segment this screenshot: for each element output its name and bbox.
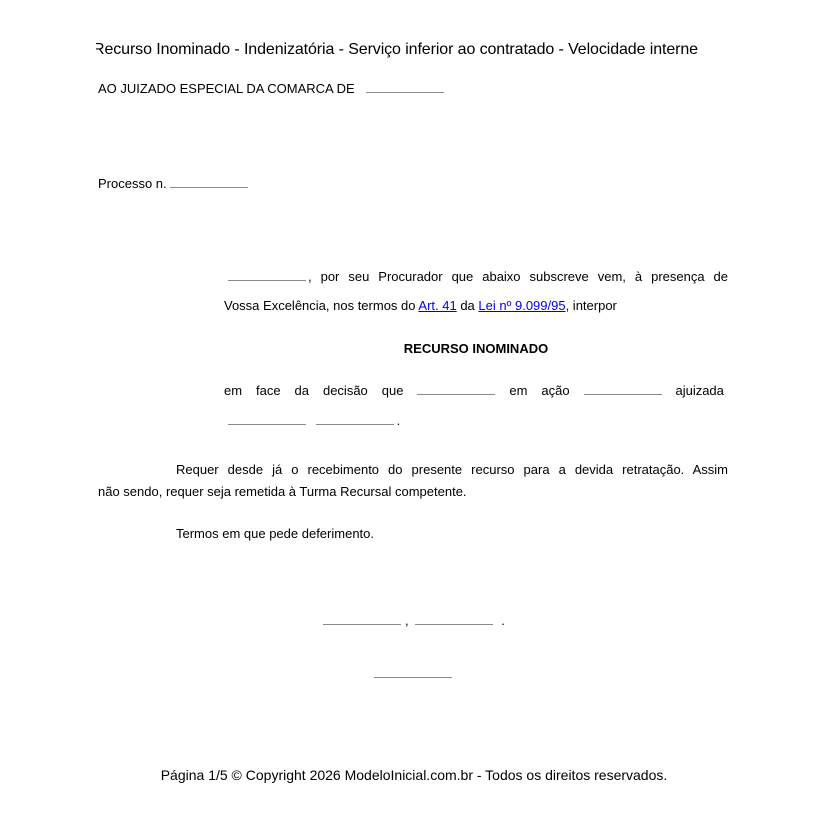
paragraph-1-prefix: Vossa Excelência, nos termos do bbox=[224, 298, 416, 313]
footer-text: Página 1/5 © Copyright 2026 ModeloInicia… bbox=[161, 767, 668, 783]
decision-blank bbox=[417, 382, 495, 395]
addressee-line: AO JUIZADO ESPECIAL DA COMARCA DE bbox=[98, 80, 444, 98]
paragraph-2-line-2: . bbox=[228, 412, 400, 430]
word: da bbox=[295, 382, 309, 400]
word: decisão bbox=[323, 382, 368, 400]
period: . bbox=[501, 613, 505, 628]
section-heading: RECURSO INOMINADO bbox=[0, 340, 828, 358]
paragraph-1-suffix: , interpor bbox=[566, 298, 617, 313]
addressee-text: AO JUIZADO ESPECIAL DA COMARCA DE bbox=[98, 81, 355, 96]
paragraph-3-line-1: Requer desde já o recebimento do present… bbox=[176, 461, 728, 479]
paragraph-1-text: , por seu Procurador que abaixo subscrev… bbox=[306, 268, 728, 286]
word: ação bbox=[541, 382, 569, 400]
date-blank bbox=[415, 612, 493, 625]
paragraph-1-line-2: Vossa Excelência, nos termos do Art. 41 … bbox=[224, 297, 617, 315]
art-41-link[interactable]: Art. 41 bbox=[418, 298, 456, 313]
word: face bbox=[256, 382, 281, 400]
party-blank bbox=[228, 268, 306, 281]
word: ajuizada bbox=[675, 382, 723, 400]
period: . bbox=[397, 413, 401, 428]
word: em bbox=[224, 382, 242, 400]
word: que bbox=[382, 382, 404, 400]
paragraph-3-text: Requer desde já o recebimento do present… bbox=[176, 462, 728, 477]
process-label: Processo n. bbox=[98, 176, 167, 191]
signature-blank bbox=[374, 665, 452, 678]
party-blank-wrap bbox=[228, 268, 306, 286]
word: em bbox=[509, 382, 527, 400]
process-number-line: Processo n. bbox=[98, 175, 248, 193]
lei-9099-link[interactable]: Lei nº 9.099/95 bbox=[478, 298, 565, 313]
filed-by-blank bbox=[228, 412, 306, 425]
action-blank bbox=[584, 382, 662, 395]
paragraph-4: Termos em que pede deferimento. bbox=[176, 525, 374, 543]
comarca-blank bbox=[366, 80, 444, 93]
filed-date-blank bbox=[316, 412, 394, 425]
document-title-text: Recurso Inominado - Indenizatória - Serv… bbox=[96, 38, 698, 62]
paragraph-1-line-1: , por seu Procurador que abaixo subscrev… bbox=[228, 268, 728, 286]
paragraph-1-mid: da bbox=[460, 298, 474, 313]
paragraph-2-line-1: em face da decisão que em ação ajuizada bbox=[224, 382, 724, 400]
paragraph-3-text-2: não sendo, requer seja remetida à Turma … bbox=[98, 484, 467, 499]
signature-line bbox=[374, 665, 452, 683]
comma: , bbox=[405, 613, 409, 628]
closing-text: Termos em que pede deferimento. bbox=[176, 526, 374, 541]
date-place-line: , . bbox=[323, 612, 505, 630]
page-footer: Página 1/5 © Copyright 2026 ModeloInicia… bbox=[0, 765, 828, 785]
document-title: Recurso Inominado - Indenizatória - Serv… bbox=[96, 38, 730, 62]
paragraph-3-line-2: não sendo, requer seja remetida à Turma … bbox=[98, 483, 467, 501]
process-blank bbox=[170, 175, 248, 188]
heading-text: RECURSO INOMINADO bbox=[404, 341, 548, 356]
place-blank bbox=[323, 612, 401, 625]
